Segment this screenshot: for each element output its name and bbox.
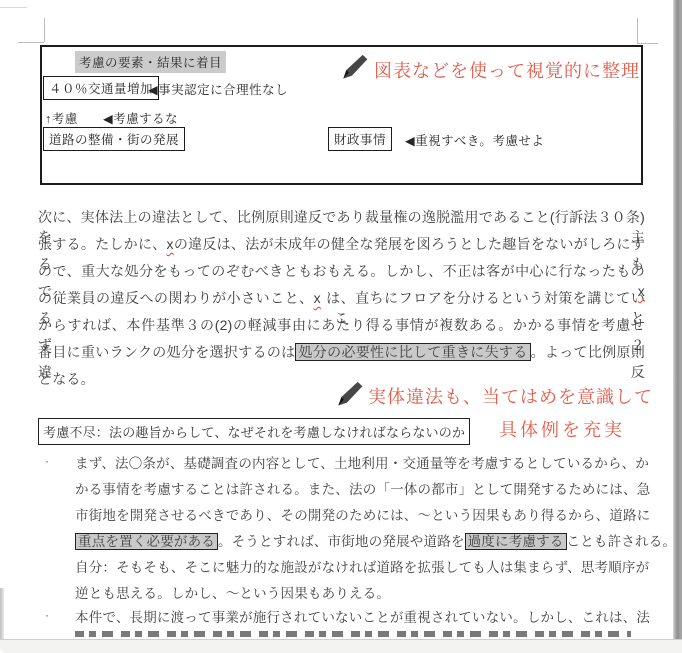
pencil-icon (336, 380, 364, 408)
clipped-text-line (75, 631, 631, 637)
list-item-line: 自分：そもそも、そこに魅力的な施設がなければ道路を拡張しても人は集まらず、思考順… (75, 556, 645, 574)
emphasized-boxed-phrase: 処分の必要性に比して重きに失する (295, 343, 530, 361)
bullet-marker: · (45, 608, 49, 622)
crop-mark-top-right (637, 18, 638, 43)
spellcheck-word: x (167, 236, 174, 252)
list-item-line: 逆とも思える。しかし、〜という因果もありえる。 (75, 582, 645, 600)
document-page[interactable]: 考慮の要素・結果に着目 ４０％交通量増加 ◀事実認定に合理性なし ↑考慮 ◀考慮… (0, 0, 682, 653)
annotation-visual-organize: 図表などを使って視覚的に整理 (374, 57, 640, 83)
figure-term: ↑考慮 (45, 109, 78, 127)
consideration-heading-box: 考慮不尽：法の趣旨からして、なぜそれを考慮しなければならないのか (38, 418, 470, 445)
figure-note: ◀考慮するな (103, 109, 178, 127)
margin-tick (0, 7, 27, 8)
figure-note: ◀重視すべき。考慮せよ (405, 131, 544, 149)
annotation-substantive-illegality: 実体違法も、当てはめを意識して (368, 383, 653, 409)
text-line: ので、重大な処分をもってのぞむべきともおもえる。しかし、不正は客が中心に行なった… (38, 261, 645, 280)
list-item-line: 重点を置く必要がある。そうとすれば、市街地の発展や道路を過度に考慮することも許さ… (75, 530, 645, 548)
annotation-enrich-examples: 具体例を充実 (499, 416, 625, 442)
crop-mark-top-right (637, 43, 658, 44)
list-item-line: 市街地を開発させるべきであり、その開発のためには、〜という因果もあり得るから、道… (75, 504, 645, 522)
spellcheck-word: x (314, 290, 321, 306)
list-item-line: 本件で、長期に渡って事業が施行されていないことが重視されていない。しかし、これは… (75, 606, 645, 624)
figure-boxed-term: 財政事情 (328, 127, 392, 151)
text-line: 番目に重いランクの処分を選択するのは処分の必要性に比して重きに失する。よって比例… (38, 342, 645, 361)
figure-boxed-term: ４０％交通量増加 (43, 76, 159, 100)
figure-boxed-term: 道路の整備・街の発展 (43, 127, 185, 151)
crop-mark-top-left (44, 18, 45, 42)
text-line: 次に、実体法上の違法として、比例原則違反であり裁量権の逸脱濫用であること(行訴法… (38, 207, 645, 226)
pencil-icon (341, 53, 369, 81)
list-item-line: かる事情を考慮することは許される。また、法の「一体の都市」として開発するためには… (75, 478, 645, 496)
text-line: からすれば、本件基準３の(2)の軽減事由にあたり得る事情が複数ある。かかる事情を… (38, 315, 645, 334)
bullet-marker: · (45, 454, 49, 468)
scrollbar-track[interactable] (673, 0, 682, 640)
figure-focus-label: 考慮の要素・結果に着目 (75, 51, 226, 73)
crop-mark-top-left (18, 42, 44, 43)
emphasized-boxed-phrase: 重点を置く必要がある (75, 533, 218, 550)
page-edge-left (0, 588, 4, 639)
figure-note: ◀事実認定に合理性なし (148, 80, 288, 98)
emphasized-boxed-phrase: 過度に考慮する (465, 533, 567, 550)
text-line: の従業員の違反への関わりが小さいこと、xは、直ちにフロアを分けるという対策を講じ… (38, 288, 645, 307)
text-line: 張する。たしかに、xの違反は、法が未成年の健全な発展を図ろうとした趣旨をないがし… (38, 234, 645, 253)
list-item-line: まず、法〇条が、基礎調査の内容として、土地利用・交通量等を考慮するとしているから… (75, 452, 645, 470)
window-bottom-bar (0, 639, 682, 653)
